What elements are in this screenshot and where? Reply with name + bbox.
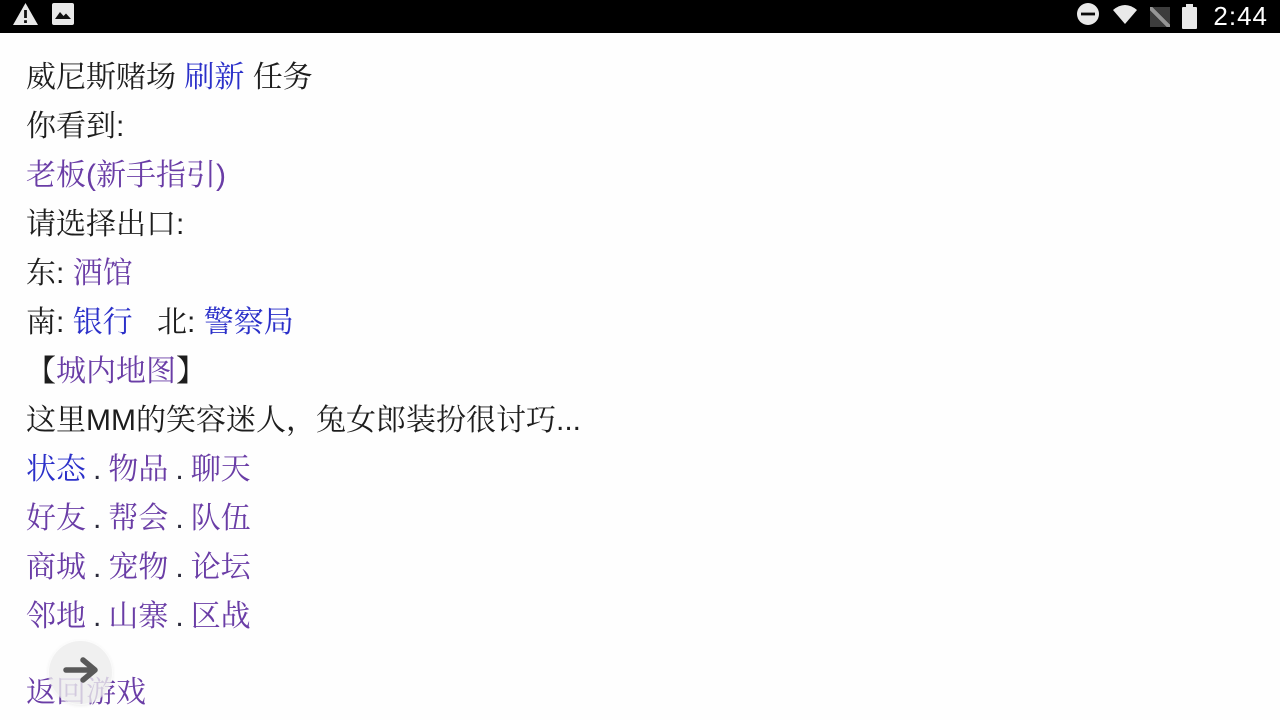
exit-tavern-link[interactable]: 酒馆 — [73, 257, 133, 290]
menu-row-1: 状态.物品.聊天 — [26, 445, 1254, 494]
east-label: 东: — [26, 257, 64, 290]
npc-line: 老板(新手指引) — [26, 151, 1254, 200]
menu-separator: . — [168, 453, 190, 486]
menu-items-link[interactable]: 物品 — [108, 453, 168, 486]
exit-prompt: 请选择出口: — [26, 200, 1254, 249]
menu-row-3: 商城.宠物.论坛 — [26, 543, 1254, 592]
exit-police-link[interactable]: 警察局 — [204, 306, 294, 339]
menu-separator: . — [86, 453, 108, 486]
warning-icon — [12, 2, 39, 31]
no-sim-icon — [1150, 7, 1170, 27]
battery-icon — [1182, 7, 1197, 29]
arrow-right-icon — [61, 655, 101, 690]
floating-back-button[interactable] — [49, 641, 112, 704]
menu-chat-link[interactable]: 聊天 — [191, 453, 251, 486]
menu-team-link[interactable]: 队伍 — [191, 502, 251, 535]
menu-pet-link[interactable]: 宠物 — [108, 551, 168, 584]
android-screen: 2:44 威尼斯赌场 刷新 任务 你看到: 老板(新手指引) 请选择出口: 东:… — [0, 0, 1280, 720]
map-bracket-close: 】 — [176, 355, 206, 388]
task-text: 任务 — [253, 61, 313, 94]
menu-stronghold-link[interactable]: 山寨 — [108, 600, 168, 633]
city-map-line: 【城内地图】 — [26, 347, 1254, 396]
menu-separator: . — [168, 600, 190, 633]
menu-mall-link[interactable]: 商城 — [26, 551, 86, 584]
image-notification-icon — [51, 2, 75, 31]
menu-friends-link[interactable]: 好友 — [26, 502, 86, 535]
room-description: 这里MM的笑容迷人，兔女郎装扮很讨巧... — [26, 396, 1254, 445]
return-line: 返回游戏 — [26, 668, 1254, 717]
exit-bank-link[interactable]: 银行 — [73, 306, 133, 339]
menu-forum-link[interactable]: 论坛 — [191, 551, 251, 584]
menu-separator: . — [86, 600, 108, 633]
clock: 2:44 — [1213, 1, 1268, 32]
you-see-label: 你看到: — [26, 102, 1254, 151]
north-label: 北: — [157, 306, 195, 339]
menu-row-4: 邻地.山寨.区战 — [26, 592, 1254, 641]
menu-guild-link[interactable]: 帮会 — [108, 502, 168, 535]
map-bracket-open: 【 — [26, 355, 56, 388]
menu-status-link[interactable]: 状态 — [26, 453, 86, 486]
menu-separator: . — [168, 551, 190, 584]
menu-row-2: 好友.帮会.队伍 — [26, 494, 1254, 543]
menu-neighbor-link[interactable]: 邻地 — [26, 600, 86, 633]
menu-separator: . — [86, 502, 108, 535]
menu-zonewar-link[interactable]: 区战 — [191, 600, 251, 633]
room-header: 威尼斯赌场 刷新 任务 — [26, 53, 1254, 102]
do-not-disturb-icon — [1076, 2, 1100, 31]
room-name: 威尼斯赌场 — [26, 61, 176, 94]
wifi-icon — [1112, 3, 1138, 30]
exit-south-north-line: 南: 银行 北: 警察局 — [26, 298, 1254, 347]
exit-east-line: 东: 酒馆 — [26, 249, 1254, 298]
menu-separator: . — [168, 502, 190, 535]
refresh-link[interactable]: 刷新 — [184, 61, 244, 94]
game-page: 威尼斯赌场 刷新 任务 你看到: 老板(新手指引) 请选择出口: 东: 酒馆 南… — [0, 33, 1280, 717]
npc-boss-link[interactable]: 老板(新手指引) — [26, 159, 226, 192]
south-label: 南: — [26, 306, 64, 339]
status-bar-left — [12, 2, 75, 31]
city-map-link[interactable]: 城内地图 — [56, 355, 176, 388]
menu-separator: . — [86, 551, 108, 584]
status-bar: 2:44 — [0, 0, 1280, 33]
status-bar-right: 2:44 — [1076, 1, 1268, 32]
